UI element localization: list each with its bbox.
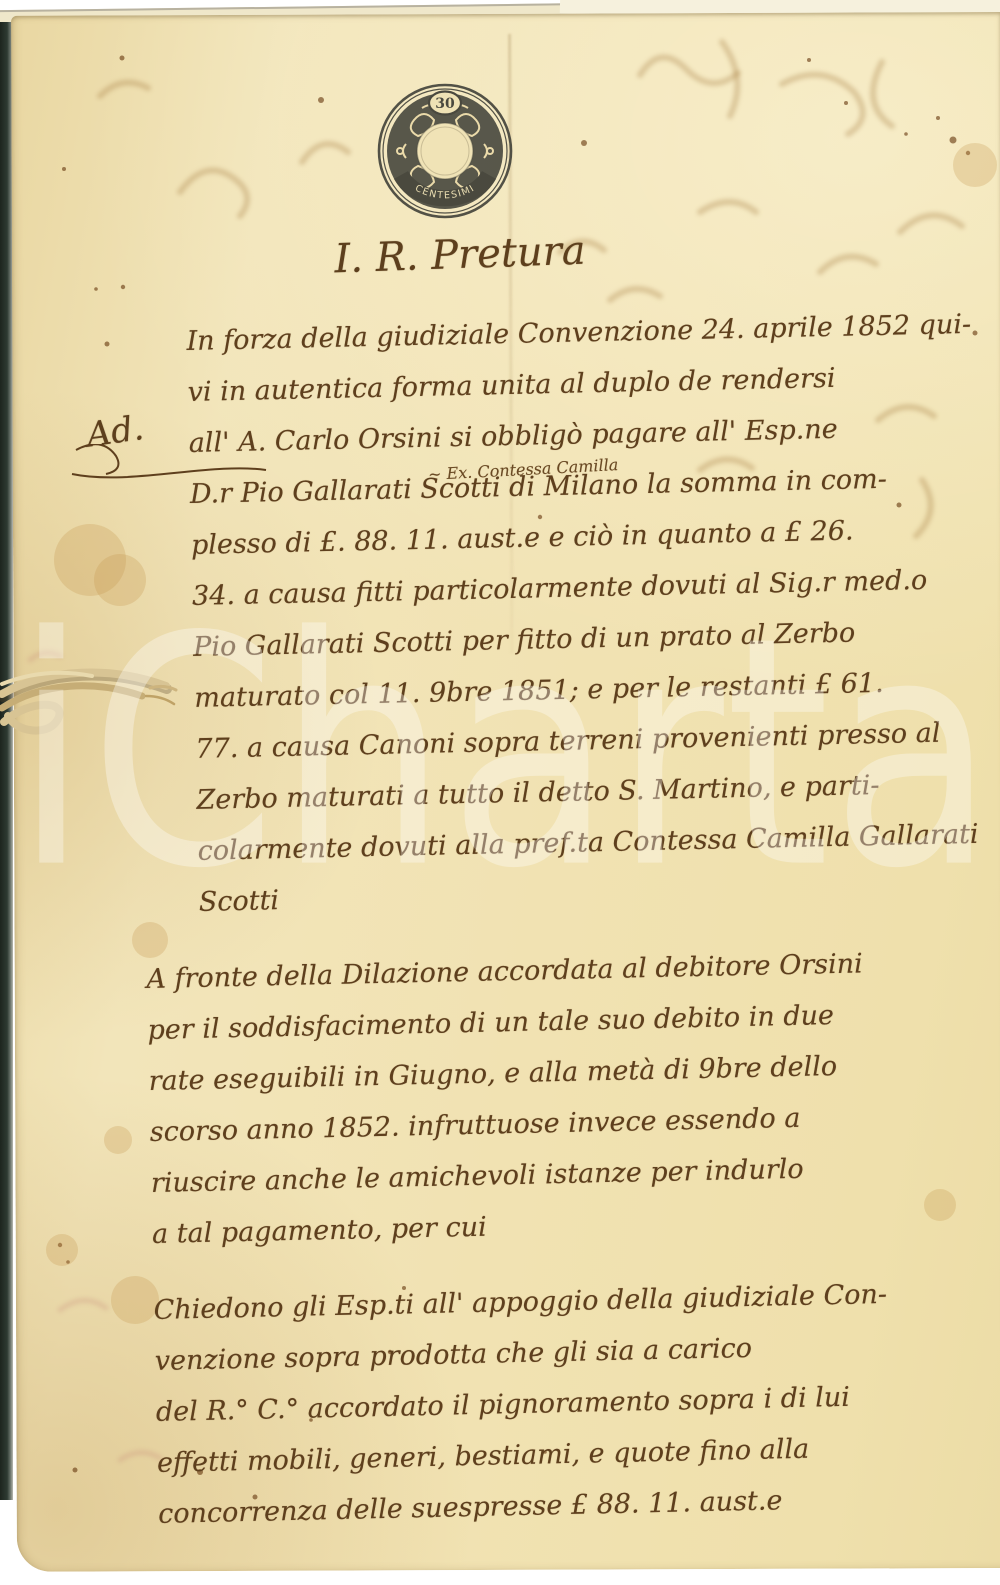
- manuscript-body: In forza della giudiziale Convenzione 24…: [186, 299, 1000, 1539]
- stamp-denomination: 30: [435, 96, 455, 112]
- text-line: colarmente dovuti alla pref.ta Contessa …: [197, 808, 999, 927]
- revenue-stamp: CENTESIMI 30: [376, 82, 514, 220]
- paragraph-1: In forza della giudiziale Convenzione 24…: [186, 299, 999, 928]
- scanned-document: CENTESIMI 30 I. R. Pretura Ad. In forza …: [0, 0, 1000, 1585]
- paragraph-3: Chiedono gli Esp.ti all' appoggio della …: [207, 1266, 1000, 1538]
- paragraph-2: A fronte della Dilazione accordata al de…: [200, 935, 1000, 1258]
- binding-twine: [0, 652, 190, 752]
